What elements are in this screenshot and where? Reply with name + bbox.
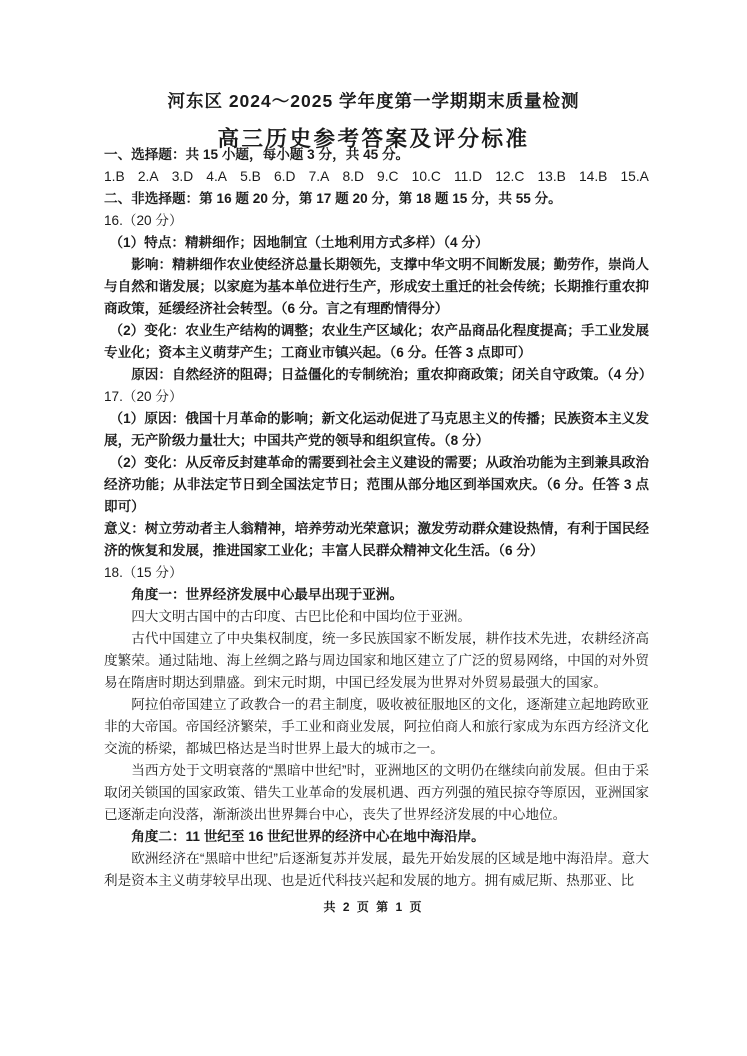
answer-item-11: 11.D	[454, 166, 482, 188]
answer-item-7: 7.A	[309, 166, 330, 188]
exam-answer-sheet-page: 河东区 2024～2025 学年度第一学期期末质量检测 高三历史参考答案及评分标…	[0, 0, 747, 1056]
q17-part1-reasons: （1）原因：俄国十月革命的影响；新文化运动促进了马克思主义的传播；民族资本主义发…	[104, 408, 649, 452]
q18-angle1-paragraph1: 四大文明古国中的古印度、古巴比伦和中国均位于亚洲。	[104, 606, 649, 628]
q16-part2-reasons: 原因：自然经济的阻碍；日益僵化的专制统治；重农抑商政策；闭关自守政策。（4 分）	[104, 364, 649, 386]
answer-item-13: 13.B	[537, 166, 565, 188]
q18-angle2-heading: 角度二：11 世纪至 16 世纪世界的经济中心在地中海沿岸。	[104, 826, 649, 848]
answer-item-14: 14.B	[579, 166, 607, 188]
answer-item-15: 15.A	[621, 166, 649, 188]
q16-label: 16.（20 分）	[104, 210, 649, 232]
q18-angle1-heading: 角度一：世界经济发展中心最早出现于亚洲。	[104, 584, 649, 606]
q17-label: 17.（20 分）	[104, 386, 649, 408]
answer-item-3: 3.D	[172, 166, 193, 188]
q18-angle1-paragraph4: 当西方处于文明衰落的“黑暗中世纪”时，亚洲地区的文明仍在继续向前发展。但由于采取…	[104, 760, 649, 826]
choice-answers-row: 1.B 2.A 3.D 4.A 5.B 6.D 7.A 8.D 9.C 10.C…	[104, 166, 649, 188]
q17-part2-changes: （2）变化：从反帝反封建革命的需要到社会主义建设的需要；从政治功能为主到兼具政治…	[104, 452, 649, 518]
answer-item-9: 9.C	[377, 166, 398, 188]
answer-item-2: 2.A	[138, 166, 159, 188]
answer-item-1: 1.B	[104, 166, 125, 188]
q16-part1-impact: 影响：精耕细作农业使经济总量长期领先，支撑中华文明不间断发展；勤劳作，崇尚人与自…	[104, 254, 649, 320]
q16-part2-changes: （2）变化：农业生产结构的调整；农业生产区域化；农产品商品化程度提高；手工业发展…	[104, 320, 649, 364]
q18-angle1-paragraph2: 古代中国建立了中央集权制度，统一多民族国家不断发展，耕作技术先进，农耕经济高度繁…	[104, 628, 649, 694]
document-title: 河东区 2024～2025 学年度第一学期期末质量检测	[0, 88, 747, 113]
answer-item-4: 4.A	[206, 166, 227, 188]
page-number-footer: 共 2 页 第 1 页	[0, 898, 747, 915]
answer-item-8: 8.D	[342, 166, 363, 188]
q16-part1-features: （1）特点：精耕细作；因地制宜（土地利用方式多样）（4 分）	[104, 232, 649, 254]
document-body: 一、选择题：共 15 小题，每小题 3 分，共 45 分。 1.B 2.A 3.…	[104, 144, 649, 892]
answer-item-6: 6.D	[274, 166, 295, 188]
answer-item-10: 10.C	[412, 166, 441, 188]
answer-item-12: 12.C	[495, 166, 524, 188]
section2-heading: 二、非选择题：第 16 题 20 分，第 17 题 20 分，第 18 题 15…	[104, 188, 649, 210]
answer-item-5: 5.B	[240, 166, 261, 188]
q18-label: 18.（15 分）	[104, 562, 649, 584]
q18-angle2-paragraph1: 欧洲经济在“黑暗中世纪”后逐渐复苏并发展，最先开始发展的区域是地中海沿岸。意大利…	[104, 848, 649, 892]
q17-part2-meaning: 意义：树立劳动者主人翁精神，培养劳动光荣意识；激发劳动群众建设热情，有利于国民经…	[104, 518, 649, 562]
section1-heading: 一、选择题：共 15 小题，每小题 3 分，共 45 分。	[104, 144, 649, 166]
q18-angle1-paragraph3: 阿拉伯帝国建立了政教合一的君主制度，吸收被征服地区的文化，逐渐建立起地跨欧亚非的…	[104, 694, 649, 760]
